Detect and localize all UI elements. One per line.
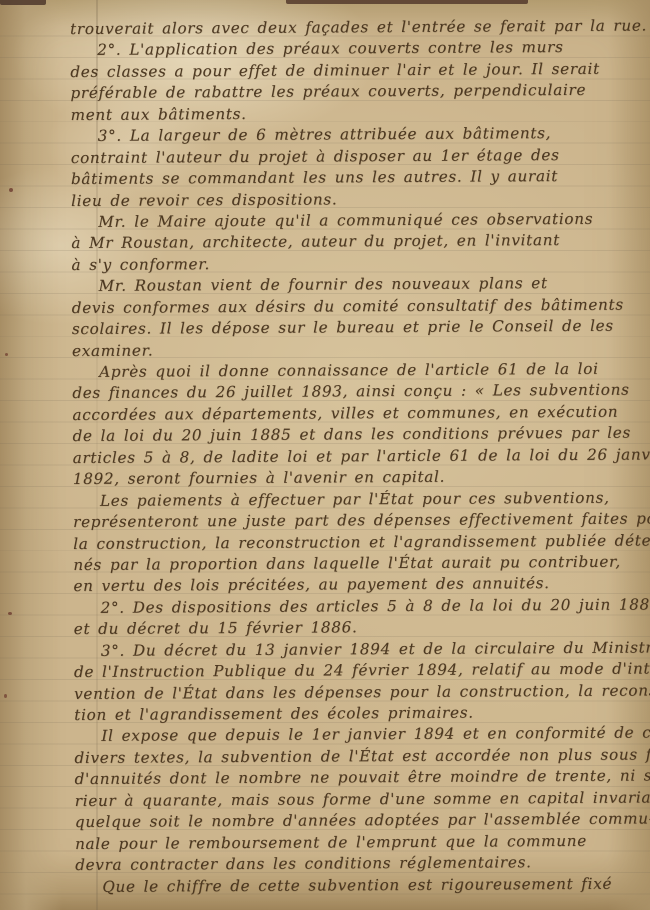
- stain-dot: [9, 188, 13, 192]
- scan-edge-artifact: [286, 0, 528, 4]
- manuscript-text: trouverait alors avec deux façades et l'…: [70, 15, 650, 897]
- manuscript-page: trouverait alors avec deux façades et l'…: [0, 0, 650, 910]
- scan-edge-artifact: [0, 0, 46, 5]
- stain-dot: [4, 694, 7, 698]
- manuscript-line: Que le chiffre de cette subvention est r…: [75, 873, 650, 898]
- stain-dot: [8, 612, 12, 615]
- stain-dot: [5, 353, 8, 356]
